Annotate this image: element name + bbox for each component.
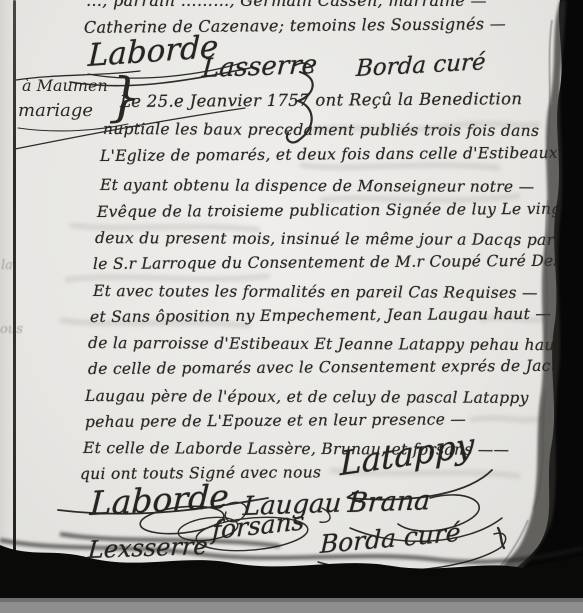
signature-laborde-bottom: Laborde (89, 477, 230, 523)
act-body-line: de la parroisse d'Estibeaux Et Jeanne La… (88, 334, 576, 354)
manuscript-page-scan: la ous …, parrain ………, Germain Cassen, m… (0, 0, 583, 613)
signature-borda-top: Borda curé (355, 49, 486, 82)
adjacent-page-strip (0, 0, 13, 585)
signature-brana: Brana (347, 485, 431, 519)
act-body-line: et Sans ôposition ny Empechement, Jean L… (90, 305, 551, 326)
table-surface (0, 598, 583, 613)
act-body-line: Evêque de la troisieme publication Signé… (97, 200, 568, 221)
signature-latappy: Latappy (340, 425, 474, 483)
margin-note-mariage: mariage (18, 100, 93, 121)
signature-lexsserre: Lexsserre (87, 532, 209, 564)
bleedthrough-fragment: ous (0, 322, 23, 337)
bleedthrough-fragment: la (1, 258, 13, 273)
act-body-line: nuptiale les baux precedament publiés tr… (103, 120, 539, 140)
act-body-line: Le 25.e Jeanvier 1757 ont Reçû la Benedi… (120, 89, 522, 111)
act-body-line: de celle de pomarés avec le Consentement… (88, 357, 583, 378)
act-body-line: Et avec toutes les formalités en pareil … (93, 282, 538, 302)
act-body-line: le S.r Larroque du Consentement de M.r C… (93, 251, 583, 273)
top-cutoff-line: …, parrain ………, Germain Cassen, marraine… (86, 0, 487, 10)
act-body-line: pehau pere de L'Epouze et en leur presen… (85, 410, 466, 431)
binding-crease-line (13, 0, 16, 584)
act-body-line: L'Eglize de pomarés, et deux fois dans c… (100, 144, 563, 165)
act-body-line: deux du present mois, insinué le même jo… (95, 229, 554, 249)
binding-ink-blob (7, 566, 23, 586)
act-body-line: Laugau père de l'époux, et de celuy de p… (85, 387, 529, 407)
signature-lasserre-top: Lasserre (201, 50, 318, 84)
margin-note-place: à Maumen (22, 76, 108, 95)
signature-borda-bottom: Borda curé (319, 518, 461, 559)
act-body-line: Et ayant obtenu la dispence de Monseigne… (100, 176, 535, 196)
